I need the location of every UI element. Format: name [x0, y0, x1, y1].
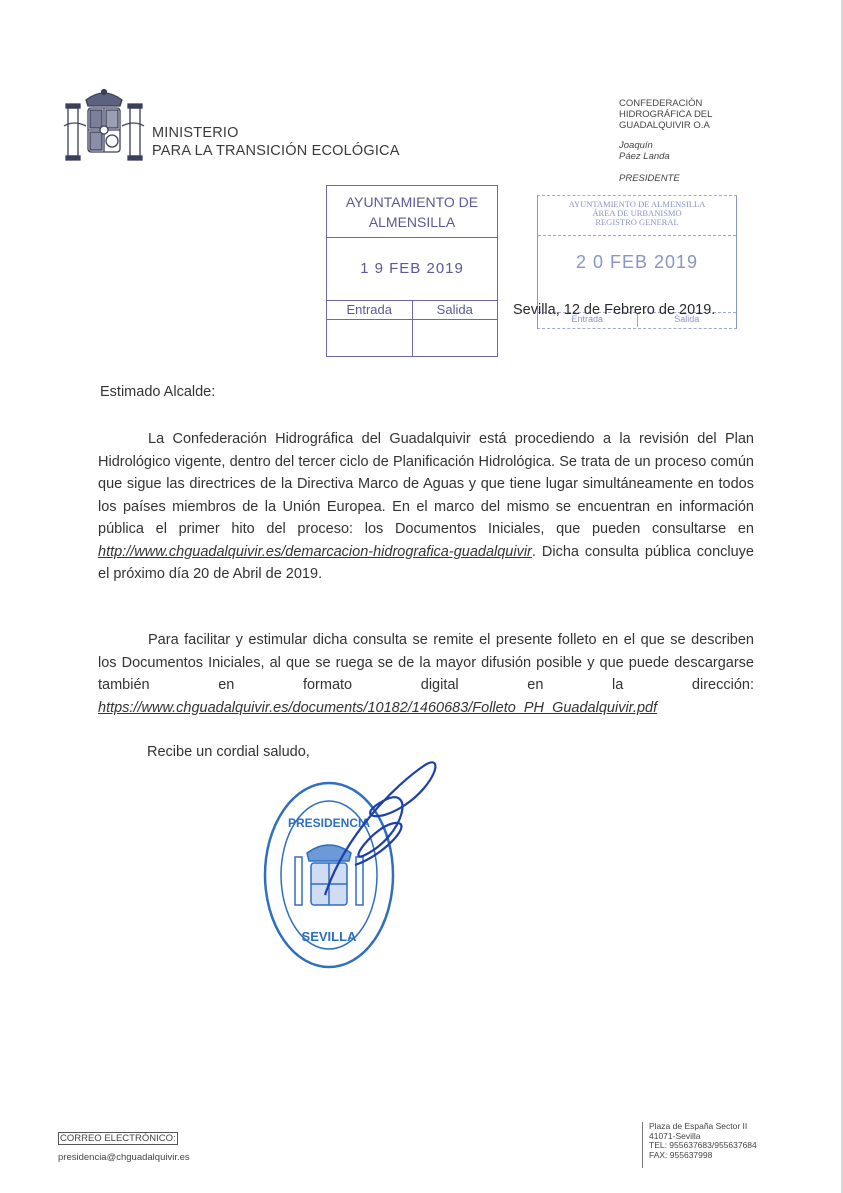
seal-city: SEVILLA [302, 929, 358, 944]
stamp-title-line-1: AYUNTAMIENTO DE [327, 192, 497, 212]
paragraph-2-text: Para facilitar y estimular dicha consult… [98, 632, 754, 693]
paragraph-1-text: La Confederación Hidrográfica del Guadal… [98, 431, 754, 537]
sender-first-name: Joaquín [619, 140, 712, 151]
registry-stamp-almensilla: AYUNTAMIENTO DE ALMENSILLA 1 9 FEB 2019 … [326, 185, 498, 357]
ministry-name: MINISTERIO PARA LA TRANSICIÓN ECOLÓGICA [152, 124, 400, 160]
stamp-date: 1 9 FEB 2019 [327, 238, 497, 301]
seal-top-text: PRESIDENCIA [288, 816, 370, 830]
fax: FAX: 955637998 [649, 1151, 757, 1161]
stamp2-date: 2 0 FEB 2019 [538, 236, 736, 288]
stamp-salida-label: Salida [413, 301, 498, 319]
coat-of-arms-icon [62, 86, 146, 166]
ministry-line-1: MINISTERIO [152, 124, 400, 142]
stamp2-title: AYUNTAMIENTO DE ALMENSILLA ÁREA DE URBAN… [538, 196, 736, 236]
postal-address: Plaza de España Sector II 41071-Sevilla … [642, 1122, 757, 1168]
stamp-entry-exit: Entrada Salida [327, 301, 497, 320]
greeting: Estimado Alcalde: [100, 384, 215, 400]
place-and-date: Sevilla, 12 de Febrero de 2019. [513, 302, 715, 318]
org-line-2: HIDROGRÁFICA DEL [619, 109, 712, 120]
brochure-pdf-link[interactable]: https://www.chguadalquivir.es/documents/… [98, 700, 657, 716]
sender-last-name: Páez Landa [619, 151, 712, 162]
official-seal-icon: PRESIDENCIA SEVILLA [255, 745, 465, 975]
sender-name: Joaquín Páez Landa [619, 140, 712, 162]
sender-organization: CONFEDERACIÓN HIDROGRÁFICA DEL GUADALQUI… [619, 98, 712, 184]
paragraph-2: Para facilitar y estimular dicha consult… [98, 629, 754, 719]
sender-role: PRESIDENTE [619, 173, 712, 184]
stamp-title: AYUNTAMIENTO DE ALMENSILLA [327, 186, 497, 238]
demarcacion-link[interactable]: http://www.chguadalquivir.es/demarcacion… [98, 544, 532, 560]
stamp-empty-cells [327, 320, 497, 356]
org-line-1: CONFEDERACIÓN [619, 98, 712, 109]
email-label: CORREO ELECTRÓNICO: [58, 1132, 178, 1145]
org-line-3: GUADALQUIVIR O.A [619, 120, 712, 131]
stamp-entrada-label: Entrada [327, 301, 413, 319]
paragraph-1: La Confederación Hidrográfica del Guadal… [98, 428, 754, 586]
stamp2-title-line-3: REGISTRO GENERAL [538, 218, 736, 227]
stamp-title-line-2: ALMENSILLA [327, 212, 497, 232]
ministry-line-2: PARA LA TRANSICIÓN ECOLÓGICA [152, 142, 400, 160]
email-address[interactable]: presidencia@chguadalquivir.es [58, 1152, 190, 1163]
